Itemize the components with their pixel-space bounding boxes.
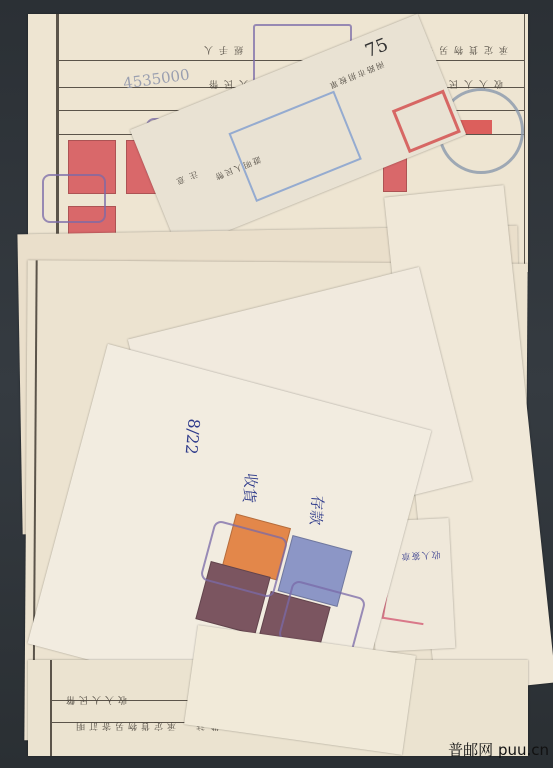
handwriting-3: 存款 xyxy=(305,494,329,526)
header-left-text: 經手人 xyxy=(198,44,243,57)
purple-octagon-seal xyxy=(42,174,106,223)
handwritten-amount: 4535000 xyxy=(122,65,191,92)
bottom-row-2: 承定貨物另寄訂明 xyxy=(72,720,176,733)
watermark: 普邮网 puu.cn xyxy=(448,739,549,760)
bottom-row-1: 收入人民幣 xyxy=(62,694,127,707)
receipt-header: 兩路市捐稅單 xyxy=(326,59,386,92)
receipt-number: 75 xyxy=(362,34,391,62)
handwriting-2: 收貨 xyxy=(239,472,263,504)
receipt-notes-label: 注意 xyxy=(169,168,199,189)
handwriting-1: 8/22 xyxy=(182,418,204,455)
